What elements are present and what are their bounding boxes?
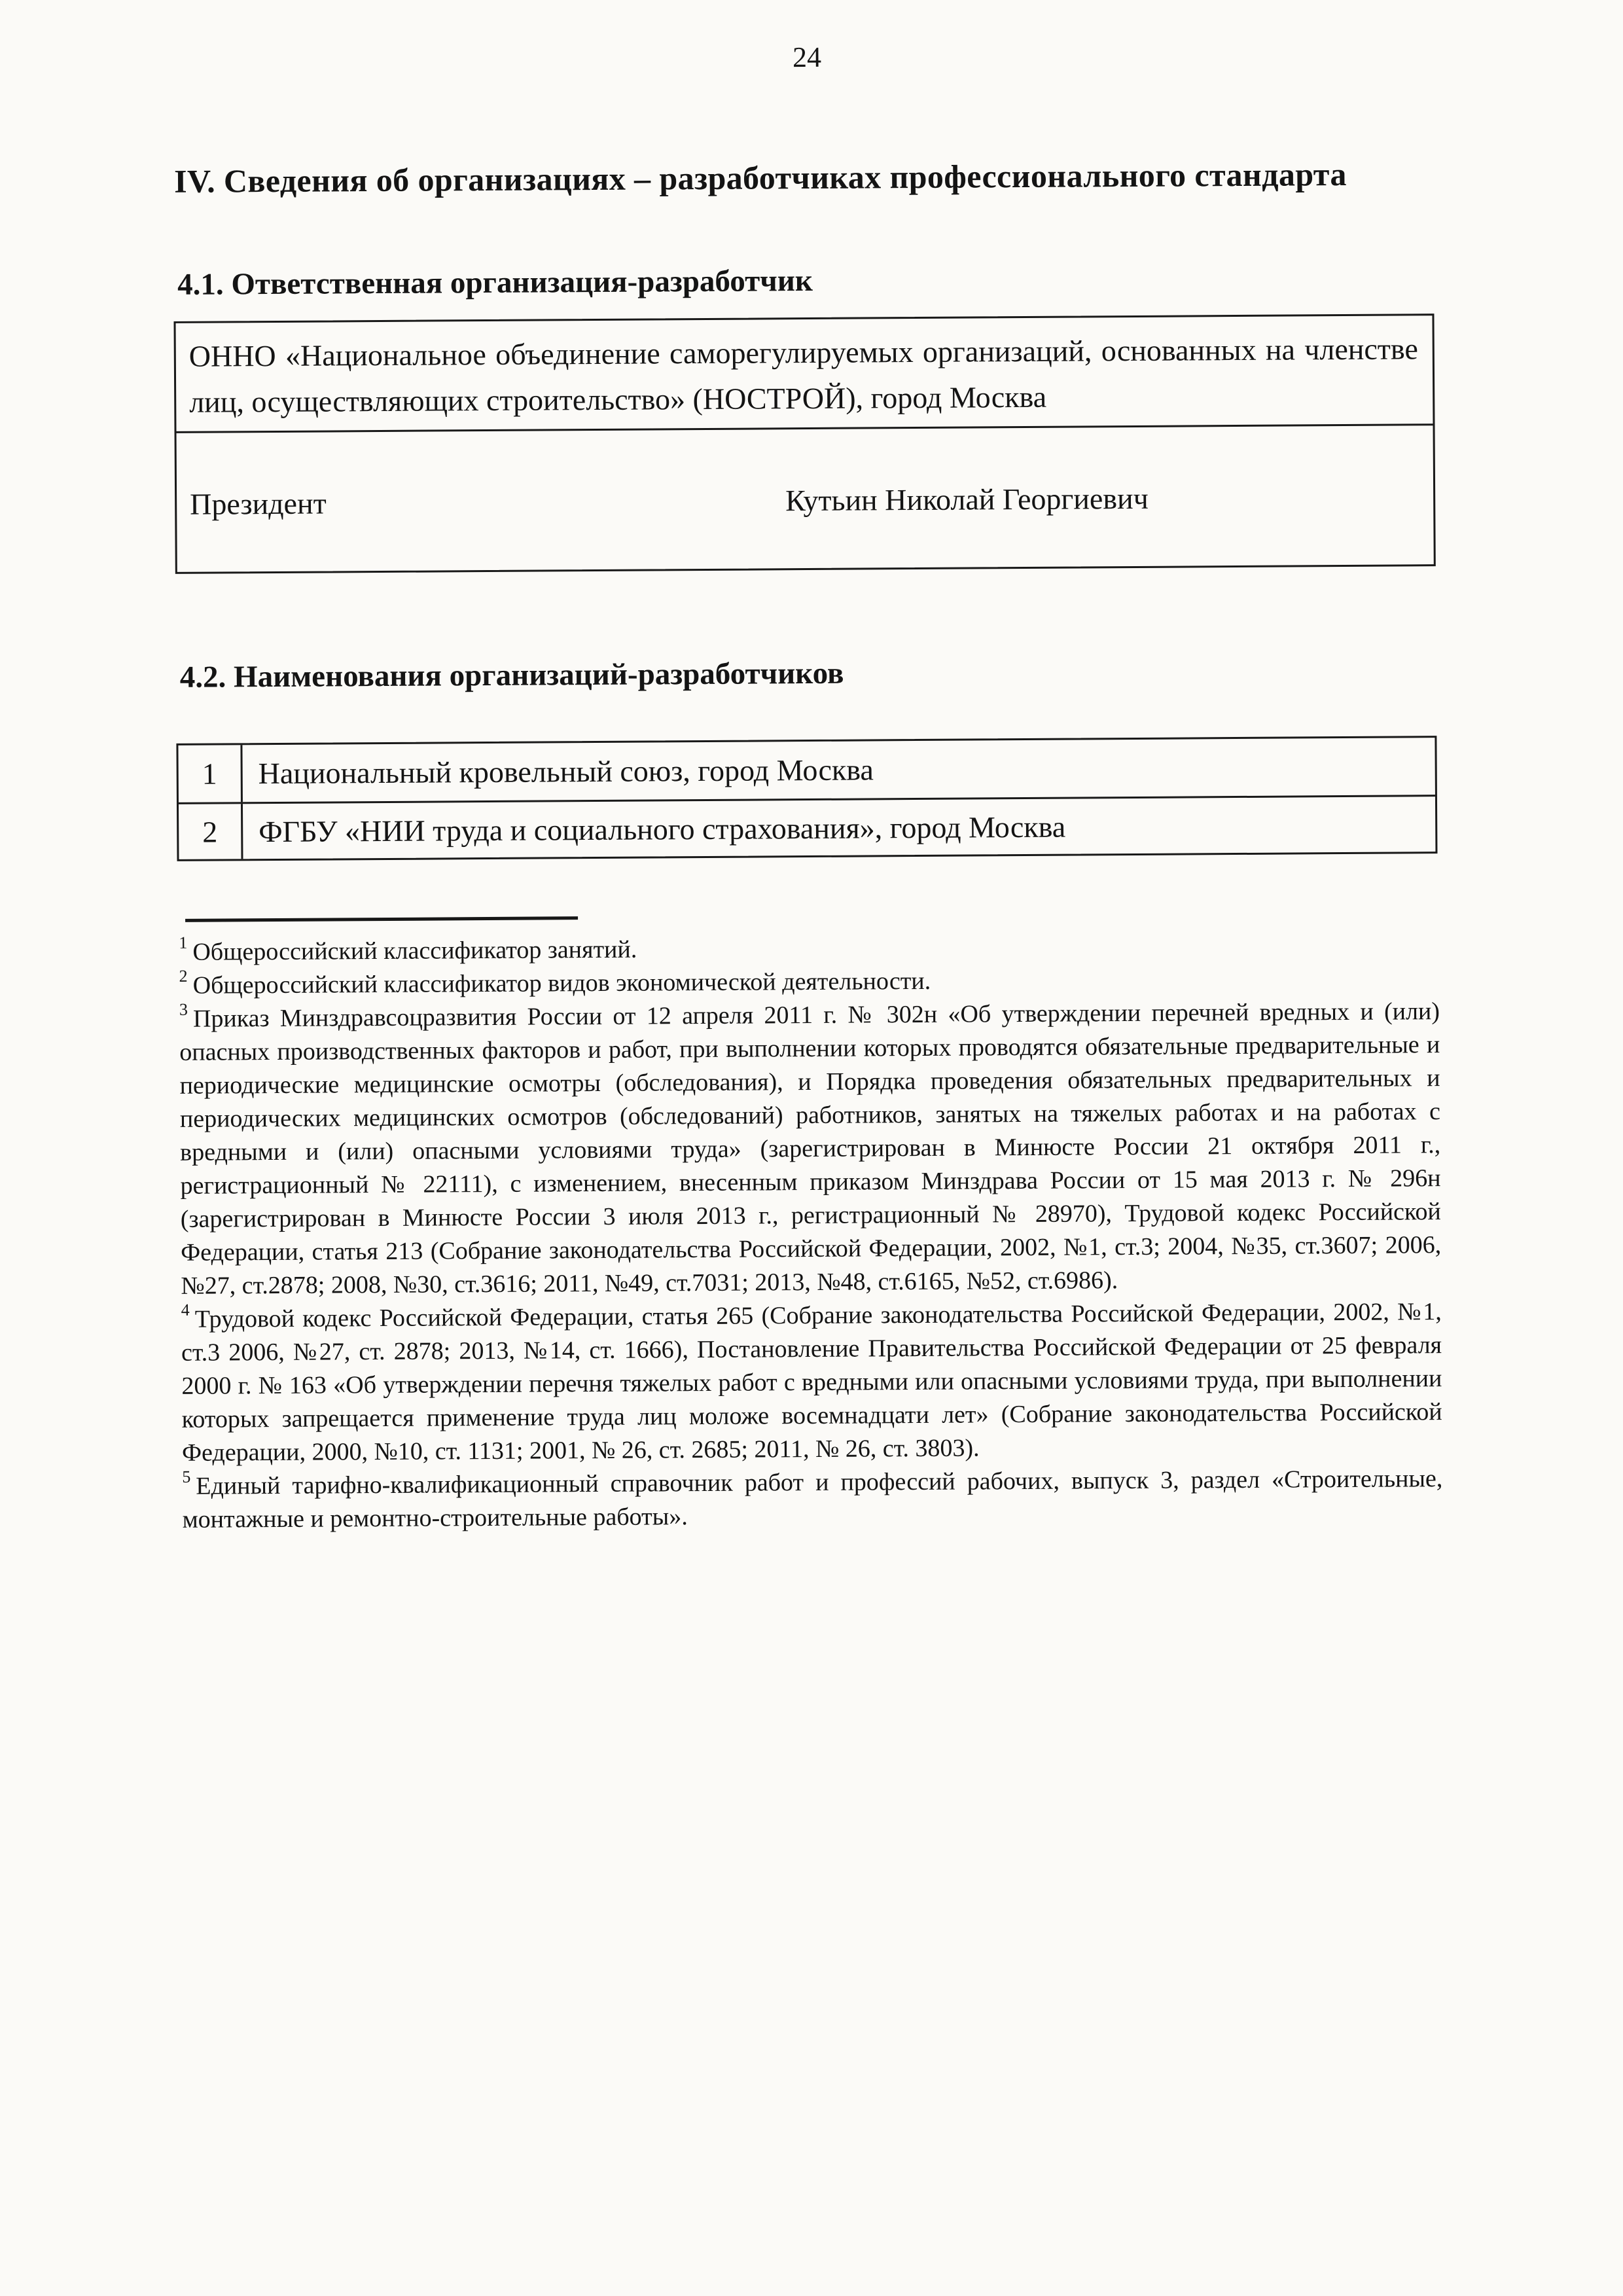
organization-name: ОННО «Национальное объединение саморегул… (189, 332, 1418, 418)
footnote-marker: 2 (179, 967, 193, 986)
person-name: Кутьин Николай Георгиевич (785, 481, 1149, 518)
responsible-organization-table: ОННО «Национальное объединение саморегул… (173, 314, 1435, 574)
footnote-text: Приказ Минздравсоцразвития России от 12 … (179, 997, 1441, 1300)
footnote-separator (185, 916, 578, 922)
section-iv-title: IV. Сведения об организациях – разработч… (174, 155, 1347, 200)
footnote-text: Трудовой кодекс Российской Федерации, ст… (181, 1298, 1442, 1467)
footnote-text: Общероссийский классификатор занятий. (192, 936, 637, 966)
footnote-marker: 3 (179, 1000, 193, 1019)
developer-organizations-table: 1 Национальный кровельный союз, город Мо… (176, 736, 1437, 861)
section-4-2-title: 4.2. Наименования организаций-разработчи… (180, 656, 844, 695)
table-row: 2 ФГБУ «НИИ труда и социального страхова… (179, 795, 1435, 859)
developer-organization-name: Национальный кровельный союз, город Моск… (243, 752, 874, 791)
footnote: 3Приказ Минздравсоцразвития России от 12… (179, 995, 1442, 1303)
table-row: 1 Национальный кровельный союз, город Мо… (178, 738, 1435, 802)
row-number: 1 (178, 745, 243, 802)
footnotes-block: 1Общероссийский классификатор занятий. 2… (179, 928, 1443, 1537)
row-number: 2 (179, 804, 243, 859)
footnote-marker: 5 (182, 1467, 196, 1486)
footnote-text: Единый тарифно-квалификационный справочн… (183, 1465, 1443, 1534)
page-number: 24 (0, 35, 1618, 79)
section-4-1-title: 4.1. Ответственная организация-разработч… (177, 263, 813, 302)
footnote: 5Единый тарифно-квалификационный справоч… (182, 1462, 1443, 1537)
footnote: 4Трудовой кодекс Российской Федерации, с… (181, 1295, 1443, 1470)
role-label: Президент (190, 486, 327, 522)
document-page: 24 IV. Сведения об организациях – разраб… (0, 0, 1623, 2296)
footnote-text: Общероссийский классификатор видов эконо… (193, 967, 931, 999)
footnote-marker: 4 (181, 1300, 195, 1319)
organization-name-cell: ОННО «Национальное объединение саморегул… (175, 315, 1433, 433)
president-row: Президент Кутьин Николай Георгиевич (177, 425, 1434, 574)
footnote-marker: 1 (179, 933, 192, 952)
developer-organization-name: ФГБУ «НИИ труда и социального страховани… (243, 809, 1065, 849)
scanned-content: 24 IV. Сведения об организациях – разраб… (0, 0, 1623, 2296)
